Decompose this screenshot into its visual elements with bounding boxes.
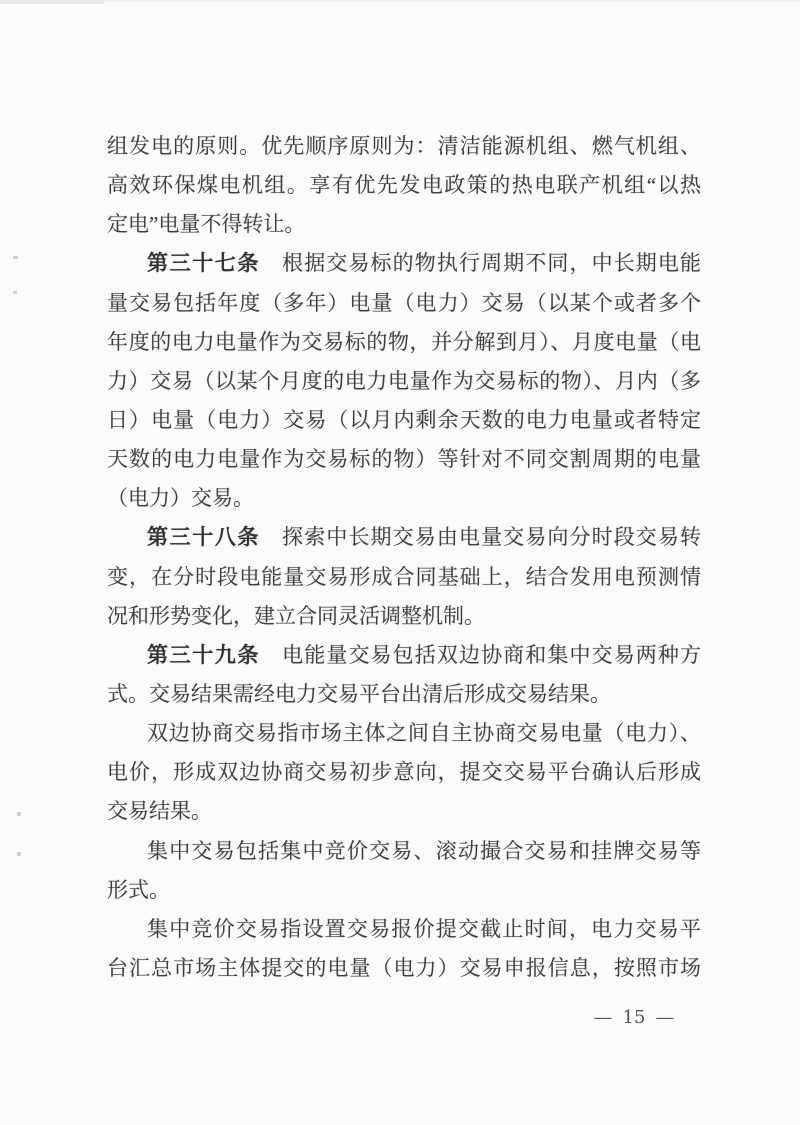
text-line-content: 天数的电力电量作为交易标的物）等针对不同交割周期的电量 bbox=[107, 447, 701, 471]
text-line-content: 形式。 bbox=[107, 878, 170, 902]
scan-edge-artifact bbox=[0, 0, 800, 2]
text-line: 集中交易包括集中竞价交易、滚动撮合交易和挂牌交易等 bbox=[107, 832, 701, 871]
footer-dash-left: — bbox=[594, 1006, 613, 1030]
text-line-content: 集中竞价交易指设置交易报价提交截止时间，电力交易平 bbox=[147, 917, 701, 941]
page-number: 15 bbox=[623, 1006, 646, 1030]
text-line-content: 台汇总市场主体提交的电量（电力）交易申报信息，按照市场 bbox=[107, 956, 701, 980]
text-line: 日）电量（电力）交易（以月内剩余天数的电力电量或者特定 bbox=[107, 401, 701, 440]
text-line-content: 量交易包括年度（多年）电量（电力）交易（以某个或者多个 bbox=[107, 291, 701, 315]
text-line: 量交易包括年度（多年）电量（电力）交易（以某个或者多个 bbox=[107, 284, 701, 323]
text-line: 定电”电量不得转让。 bbox=[107, 205, 701, 244]
text-line-content: 况和形势变化，建立合同灵活调整机制。 bbox=[107, 604, 485, 628]
text-line-content: 变，在分时段电能量交易形成合同基础上，结合发用电预测情 bbox=[107, 565, 701, 589]
text-line-content: 日）电量（电力）交易（以月内剩余天数的电力电量或者特定 bbox=[107, 408, 701, 432]
scan-speck-artifact bbox=[17, 812, 21, 816]
text-line: 组发电的原则。优先顺序原则为：清洁能源机组、燃气机组、 bbox=[107, 127, 701, 166]
text-line-content: （电力）交易。 bbox=[107, 486, 254, 510]
scan-speck-artifact bbox=[13, 256, 18, 259]
text-line: 交易结果。 bbox=[107, 792, 701, 831]
text-line-content: 双边协商交易指市场主体之间自主协商交易电量（电力）、 bbox=[147, 721, 701, 745]
text-line: 第三十八条 探索中长期交易由电量交易向分时段交易转 bbox=[107, 518, 701, 557]
text-line-content: 组发电的原则。优先顺序原则为：清洁能源机组、燃气机组、 bbox=[107, 134, 701, 158]
article-number: 第三十七条 bbox=[147, 252, 260, 275]
text-line-content: 交易结果。 bbox=[107, 799, 212, 823]
text-line-content: 定电”电量不得转让。 bbox=[107, 212, 305, 236]
text-line-content: 力）交易（以某个月度的电力电量作为交易标的物）、月内（多 bbox=[107, 369, 701, 393]
text-line: 电价，形成双边协商交易初步意向，提交交易平台确认后形成 bbox=[107, 753, 701, 792]
scan-speck-artifact bbox=[17, 852, 21, 856]
text-line-content: 高效环保煤电机组。享有优先发电政策的热电联产机组“以热 bbox=[107, 173, 701, 197]
text-line: 年度的电力电量作为交易标的物，并分解到月）、月度电量（电 bbox=[107, 323, 701, 362]
text-line-content: 电能量交易包括双边协商和集中交易两种方 bbox=[260, 643, 701, 667]
text-line-content: 根据交易标的物执行周期不同，中长期电能 bbox=[260, 251, 701, 275]
text-line: 变，在分时段电能量交易形成合同基础上，结合发用电预测情 bbox=[107, 558, 701, 597]
text-line-content: 式。交易结果需经电力交易平台出清后形成交易结果。 bbox=[107, 682, 611, 706]
document-body: 组发电的原则。优先顺序原则为：清洁能源机组、燃气机组、高效环保煤电机组。享有优先… bbox=[107, 127, 701, 988]
text-line-content: 年度的电力电量作为交易标的物，并分解到月）、月度电量（电 bbox=[107, 330, 701, 354]
page-footer: — 15 — bbox=[594, 1006, 674, 1030]
text-line: 双边协商交易指市场主体之间自主协商交易电量（电力）、 bbox=[107, 714, 701, 753]
text-line: 式。交易结果需经电力交易平台出清后形成交易结果。 bbox=[107, 675, 701, 714]
text-line: 台汇总市场主体提交的电量（电力）交易申报信息，按照市场 bbox=[107, 949, 701, 988]
document-page: 组发电的原则。优先顺序原则为：清洁能源机组、燃气机组、高效环保煤电机组。享有优先… bbox=[0, 0, 800, 1125]
text-line: （电力）交易。 bbox=[107, 479, 701, 518]
text-line-content: 电价，形成双边协商交易初步意向，提交交易平台确认后形成 bbox=[107, 760, 701, 784]
scan-edge-artifact bbox=[0, 0, 104, 4]
text-line: 第三十九条 电能量交易包括双边协商和集中交易两种方 bbox=[107, 636, 701, 675]
text-line: 天数的电力电量作为交易标的物）等针对不同交割周期的电量 bbox=[107, 440, 701, 479]
scan-speck-artifact bbox=[13, 291, 17, 294]
text-line: 集中竞价交易指设置交易报价提交截止时间，电力交易平 bbox=[107, 910, 701, 949]
text-line-content: 集中交易包括集中竞价交易、滚动撮合交易和挂牌交易等 bbox=[147, 839, 701, 863]
footer-dash-right: — bbox=[656, 1006, 675, 1030]
text-line: 高效环保煤电机组。享有优先发电政策的热电联产机组“以热 bbox=[107, 166, 701, 205]
text-line-content: 探索中长期交易由电量交易向分时段交易转 bbox=[260, 525, 701, 549]
text-line: 形式。 bbox=[107, 871, 701, 910]
text-line: 况和形势变化，建立合同灵活调整机制。 bbox=[107, 597, 701, 636]
text-line: 力）交易（以某个月度的电力电量作为交易标的物）、月内（多 bbox=[107, 362, 701, 401]
article-number: 第三十九条 bbox=[147, 644, 260, 667]
text-line: 第三十七条 根据交易标的物执行周期不同，中长期电能 bbox=[107, 244, 701, 283]
article-number: 第三十八条 bbox=[147, 526, 260, 549]
